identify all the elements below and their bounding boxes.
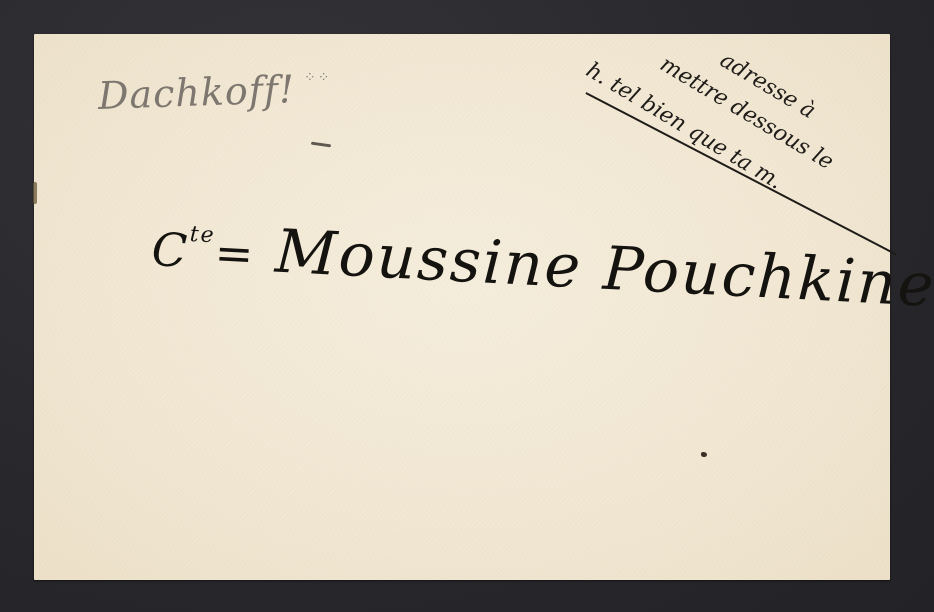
- pencil-mark: ⁘⁘: [304, 70, 331, 86]
- title-prefix: Cte=: [150, 222, 256, 281]
- pencil-note: Dachkoff!: [97, 67, 296, 118]
- ink-spot: [701, 452, 707, 457]
- pencil-underline: [311, 142, 331, 148]
- edge-stain: [33, 182, 37, 204]
- diagonal-note: adresse à mettre dessous le h. tel bien …: [584, 44, 904, 284]
